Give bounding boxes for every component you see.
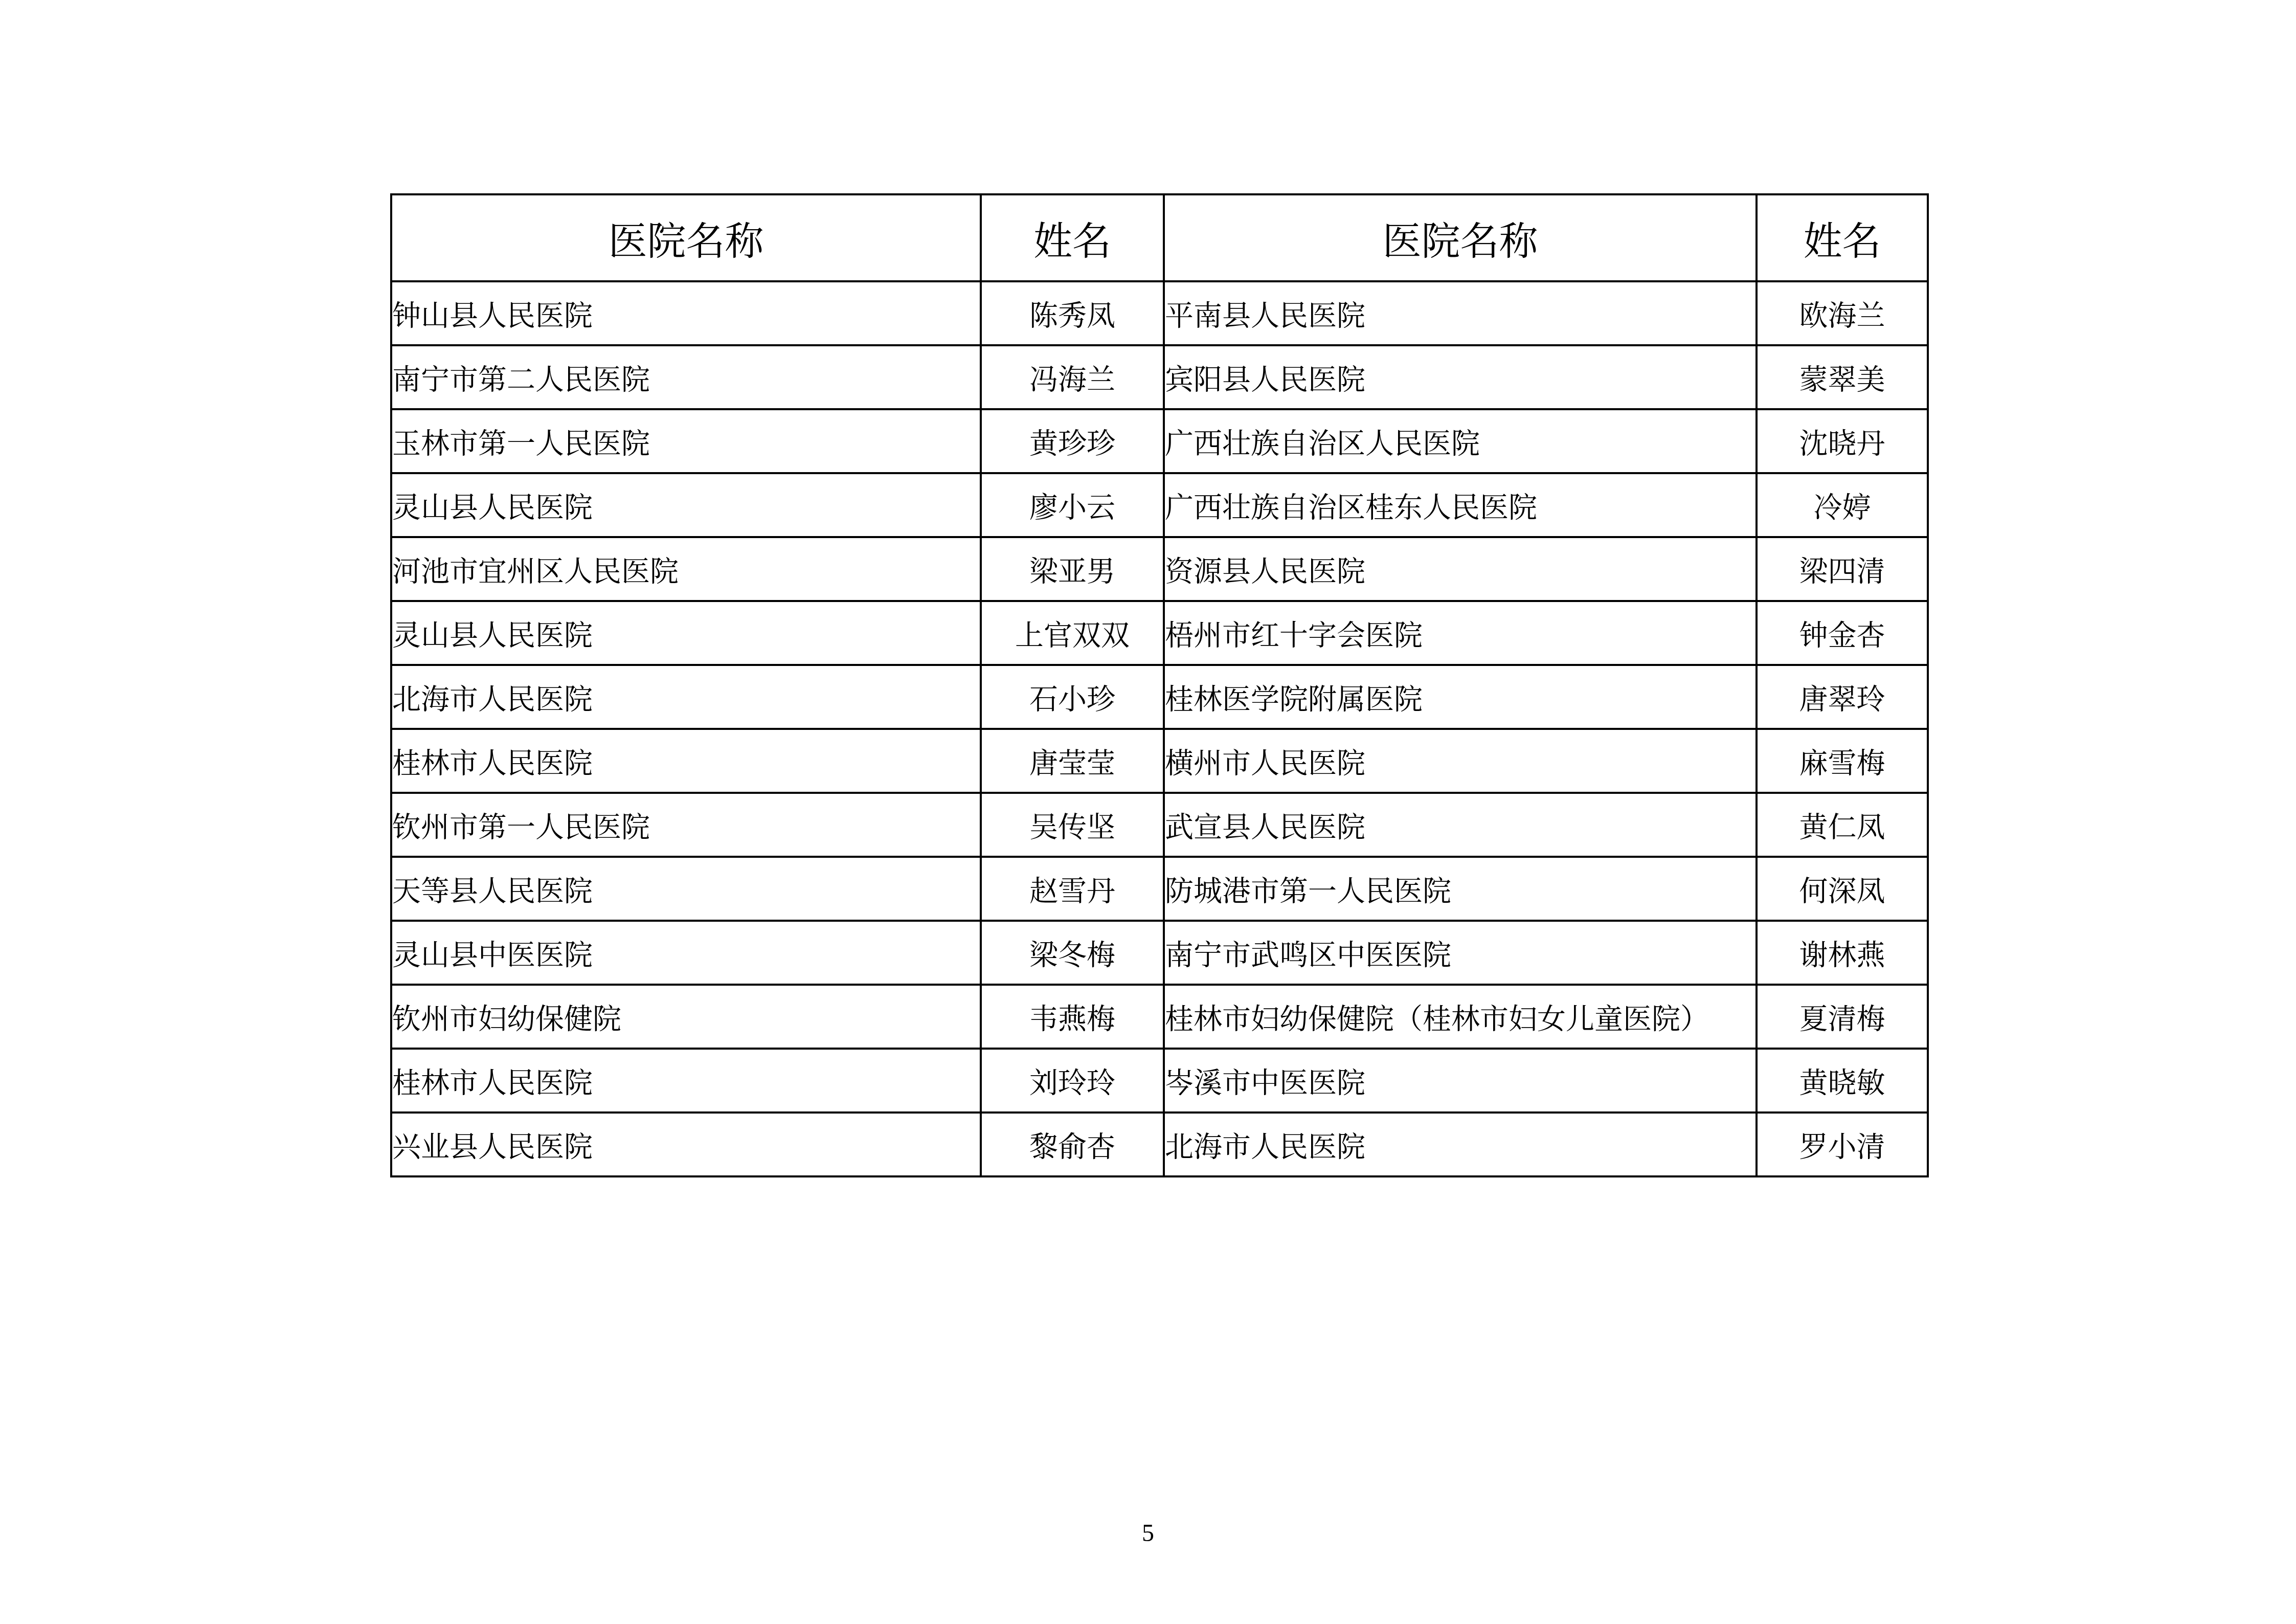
staff-name-cell: 梁亚男 bbox=[981, 537, 1164, 601]
hospital-cell: 广西壮族自治区桂东人民医院 bbox=[1164, 473, 1757, 537]
hospital-cell: 钦州市第一人民医院 bbox=[391, 793, 981, 857]
staff-name-cell: 赵雪丹 bbox=[981, 857, 1164, 921]
staff-name-cell: 冯海兰 bbox=[981, 345, 1164, 409]
table-row: 兴业县人民医院黎俞杏北海市人民医院罗小清 bbox=[391, 1113, 1928, 1176]
hospital-staff-table: 医院名称 姓名 医院名称 姓名 钟山县人民医院陈秀凤平南县人民医院欧海兰南宁市第… bbox=[390, 193, 1929, 1177]
hospital-cell: 资源县人民医院 bbox=[1164, 537, 1757, 601]
hospital-cell: 南宁市武鸣区中医医院 bbox=[1164, 921, 1757, 985]
table-row: 桂林市人民医院刘玲玲岑溪市中医医院黄晓敏 bbox=[391, 1049, 1928, 1113]
hospital-cell: 横州市人民医院 bbox=[1164, 729, 1757, 793]
hospital-cell: 防城港市第一人民医院 bbox=[1164, 857, 1757, 921]
hospital-cell: 桂林市人民医院 bbox=[391, 729, 981, 793]
staff-name-cell: 夏清梅 bbox=[1757, 985, 1928, 1049]
staff-name-cell: 上官双双 bbox=[981, 601, 1164, 665]
staff-name-cell: 陈秀凤 bbox=[981, 281, 1164, 345]
staff-name-cell: 黄珍珍 bbox=[981, 409, 1164, 473]
staff-name-cell: 梁冬梅 bbox=[981, 921, 1164, 985]
table-header-row: 医院名称 姓名 医院名称 姓名 bbox=[391, 194, 1928, 281]
staff-name-cell: 冷婷 bbox=[1757, 473, 1928, 537]
table-row: 钟山县人民医院陈秀凤平南县人民医院欧海兰 bbox=[391, 281, 1928, 345]
table-row: 河池市宜州区人民医院梁亚男资源县人民医院梁四清 bbox=[391, 537, 1928, 601]
hospital-cell: 天等县人民医院 bbox=[391, 857, 981, 921]
hospital-cell: 岑溪市中医医院 bbox=[1164, 1049, 1757, 1113]
staff-name-cell: 梁四清 bbox=[1757, 537, 1928, 601]
staff-name-cell: 廖小云 bbox=[981, 473, 1164, 537]
staff-name-cell: 石小珍 bbox=[981, 665, 1164, 729]
table-row: 灵山县人民医院廖小云广西壮族自治区桂东人民医院冷婷 bbox=[391, 473, 1928, 537]
staff-name-cell: 谢林燕 bbox=[1757, 921, 1928, 985]
hospital-cell: 平南县人民医院 bbox=[1164, 281, 1757, 345]
hospital-cell: 桂林市妇幼保健院（桂林市妇女儿童医院） bbox=[1164, 985, 1757, 1049]
staff-name-cell: 蒙翠美 bbox=[1757, 345, 1928, 409]
staff-name-cell: 何深凤 bbox=[1757, 857, 1928, 921]
table-row: 天等县人民医院赵雪丹防城港市第一人民医院何深凤 bbox=[391, 857, 1928, 921]
hospital-cell: 灵山县人民医院 bbox=[391, 473, 981, 537]
table-row: 玉林市第一人民医院黄珍珍广西壮族自治区人民医院沈晓丹 bbox=[391, 409, 1928, 473]
hospital-cell: 梧州市红十字会医院 bbox=[1164, 601, 1757, 665]
staff-name-cell: 欧海兰 bbox=[1757, 281, 1928, 345]
hospital-cell: 宾阳县人民医院 bbox=[1164, 345, 1757, 409]
column-header-name: 姓名 bbox=[1757, 194, 1928, 281]
hospital-cell: 北海市人民医院 bbox=[391, 665, 981, 729]
hospital-cell: 钟山县人民医院 bbox=[391, 281, 981, 345]
hospital-cell: 灵山县中医医院 bbox=[391, 921, 981, 985]
column-header-hospital: 医院名称 bbox=[1164, 194, 1757, 281]
staff-name-cell: 黄晓敏 bbox=[1757, 1049, 1928, 1113]
table-row: 桂林市人民医院唐莹莹横州市人民医院麻雪梅 bbox=[391, 729, 1928, 793]
hospital-cell: 河池市宜州区人民医院 bbox=[391, 537, 981, 601]
table-row: 南宁市第二人民医院冯海兰宾阳县人民医院蒙翠美 bbox=[391, 345, 1928, 409]
hospital-cell: 武宣县人民医院 bbox=[1164, 793, 1757, 857]
table-row: 钦州市第一人民医院吴传坚武宣县人民医院黄仁凤 bbox=[391, 793, 1928, 857]
hospital-cell: 玉林市第一人民医院 bbox=[391, 409, 981, 473]
hospital-cell: 北海市人民医院 bbox=[1164, 1113, 1757, 1176]
staff-name-cell: 沈晓丹 bbox=[1757, 409, 1928, 473]
table-row: 钦州市妇幼保健院韦燕梅桂林市妇幼保健院（桂林市妇女儿童医院）夏清梅 bbox=[391, 985, 1928, 1049]
staff-name-cell: 刘玲玲 bbox=[981, 1049, 1164, 1113]
table-row: 灵山县中医医院梁冬梅南宁市武鸣区中医医院谢林燕 bbox=[391, 921, 1928, 985]
hospital-cell: 钦州市妇幼保健院 bbox=[391, 985, 981, 1049]
table-row: 灵山县人民医院上官双双梧州市红十字会医院钟金杏 bbox=[391, 601, 1928, 665]
page-number: 5 bbox=[0, 1519, 2296, 1547]
staff-name-cell: 唐翠玲 bbox=[1757, 665, 1928, 729]
hospital-cell: 灵山县人民医院 bbox=[391, 601, 981, 665]
staff-name-cell: 韦燕梅 bbox=[981, 985, 1164, 1049]
staff-name-cell: 吴传坚 bbox=[981, 793, 1164, 857]
staff-name-cell: 唐莹莹 bbox=[981, 729, 1164, 793]
staff-name-cell: 麻雪梅 bbox=[1757, 729, 1928, 793]
hospital-cell: 广西壮族自治区人民医院 bbox=[1164, 409, 1757, 473]
hospital-cell: 南宁市第二人民医院 bbox=[391, 345, 981, 409]
hospital-cell: 桂林市人民医院 bbox=[391, 1049, 981, 1113]
column-header-hospital: 医院名称 bbox=[391, 194, 981, 281]
hospital-cell: 兴业县人民医院 bbox=[391, 1113, 981, 1176]
staff-name-cell: 罗小清 bbox=[1757, 1113, 1928, 1176]
staff-name-cell: 黎俞杏 bbox=[981, 1113, 1164, 1176]
hospital-cell: 桂林医学院附属医院 bbox=[1164, 665, 1757, 729]
staff-name-cell: 钟金杏 bbox=[1757, 601, 1928, 665]
staff-name-cell: 黄仁凤 bbox=[1757, 793, 1928, 857]
column-header-name: 姓名 bbox=[981, 194, 1164, 281]
table-row: 北海市人民医院石小珍桂林医学院附属医院唐翠玲 bbox=[391, 665, 1928, 729]
